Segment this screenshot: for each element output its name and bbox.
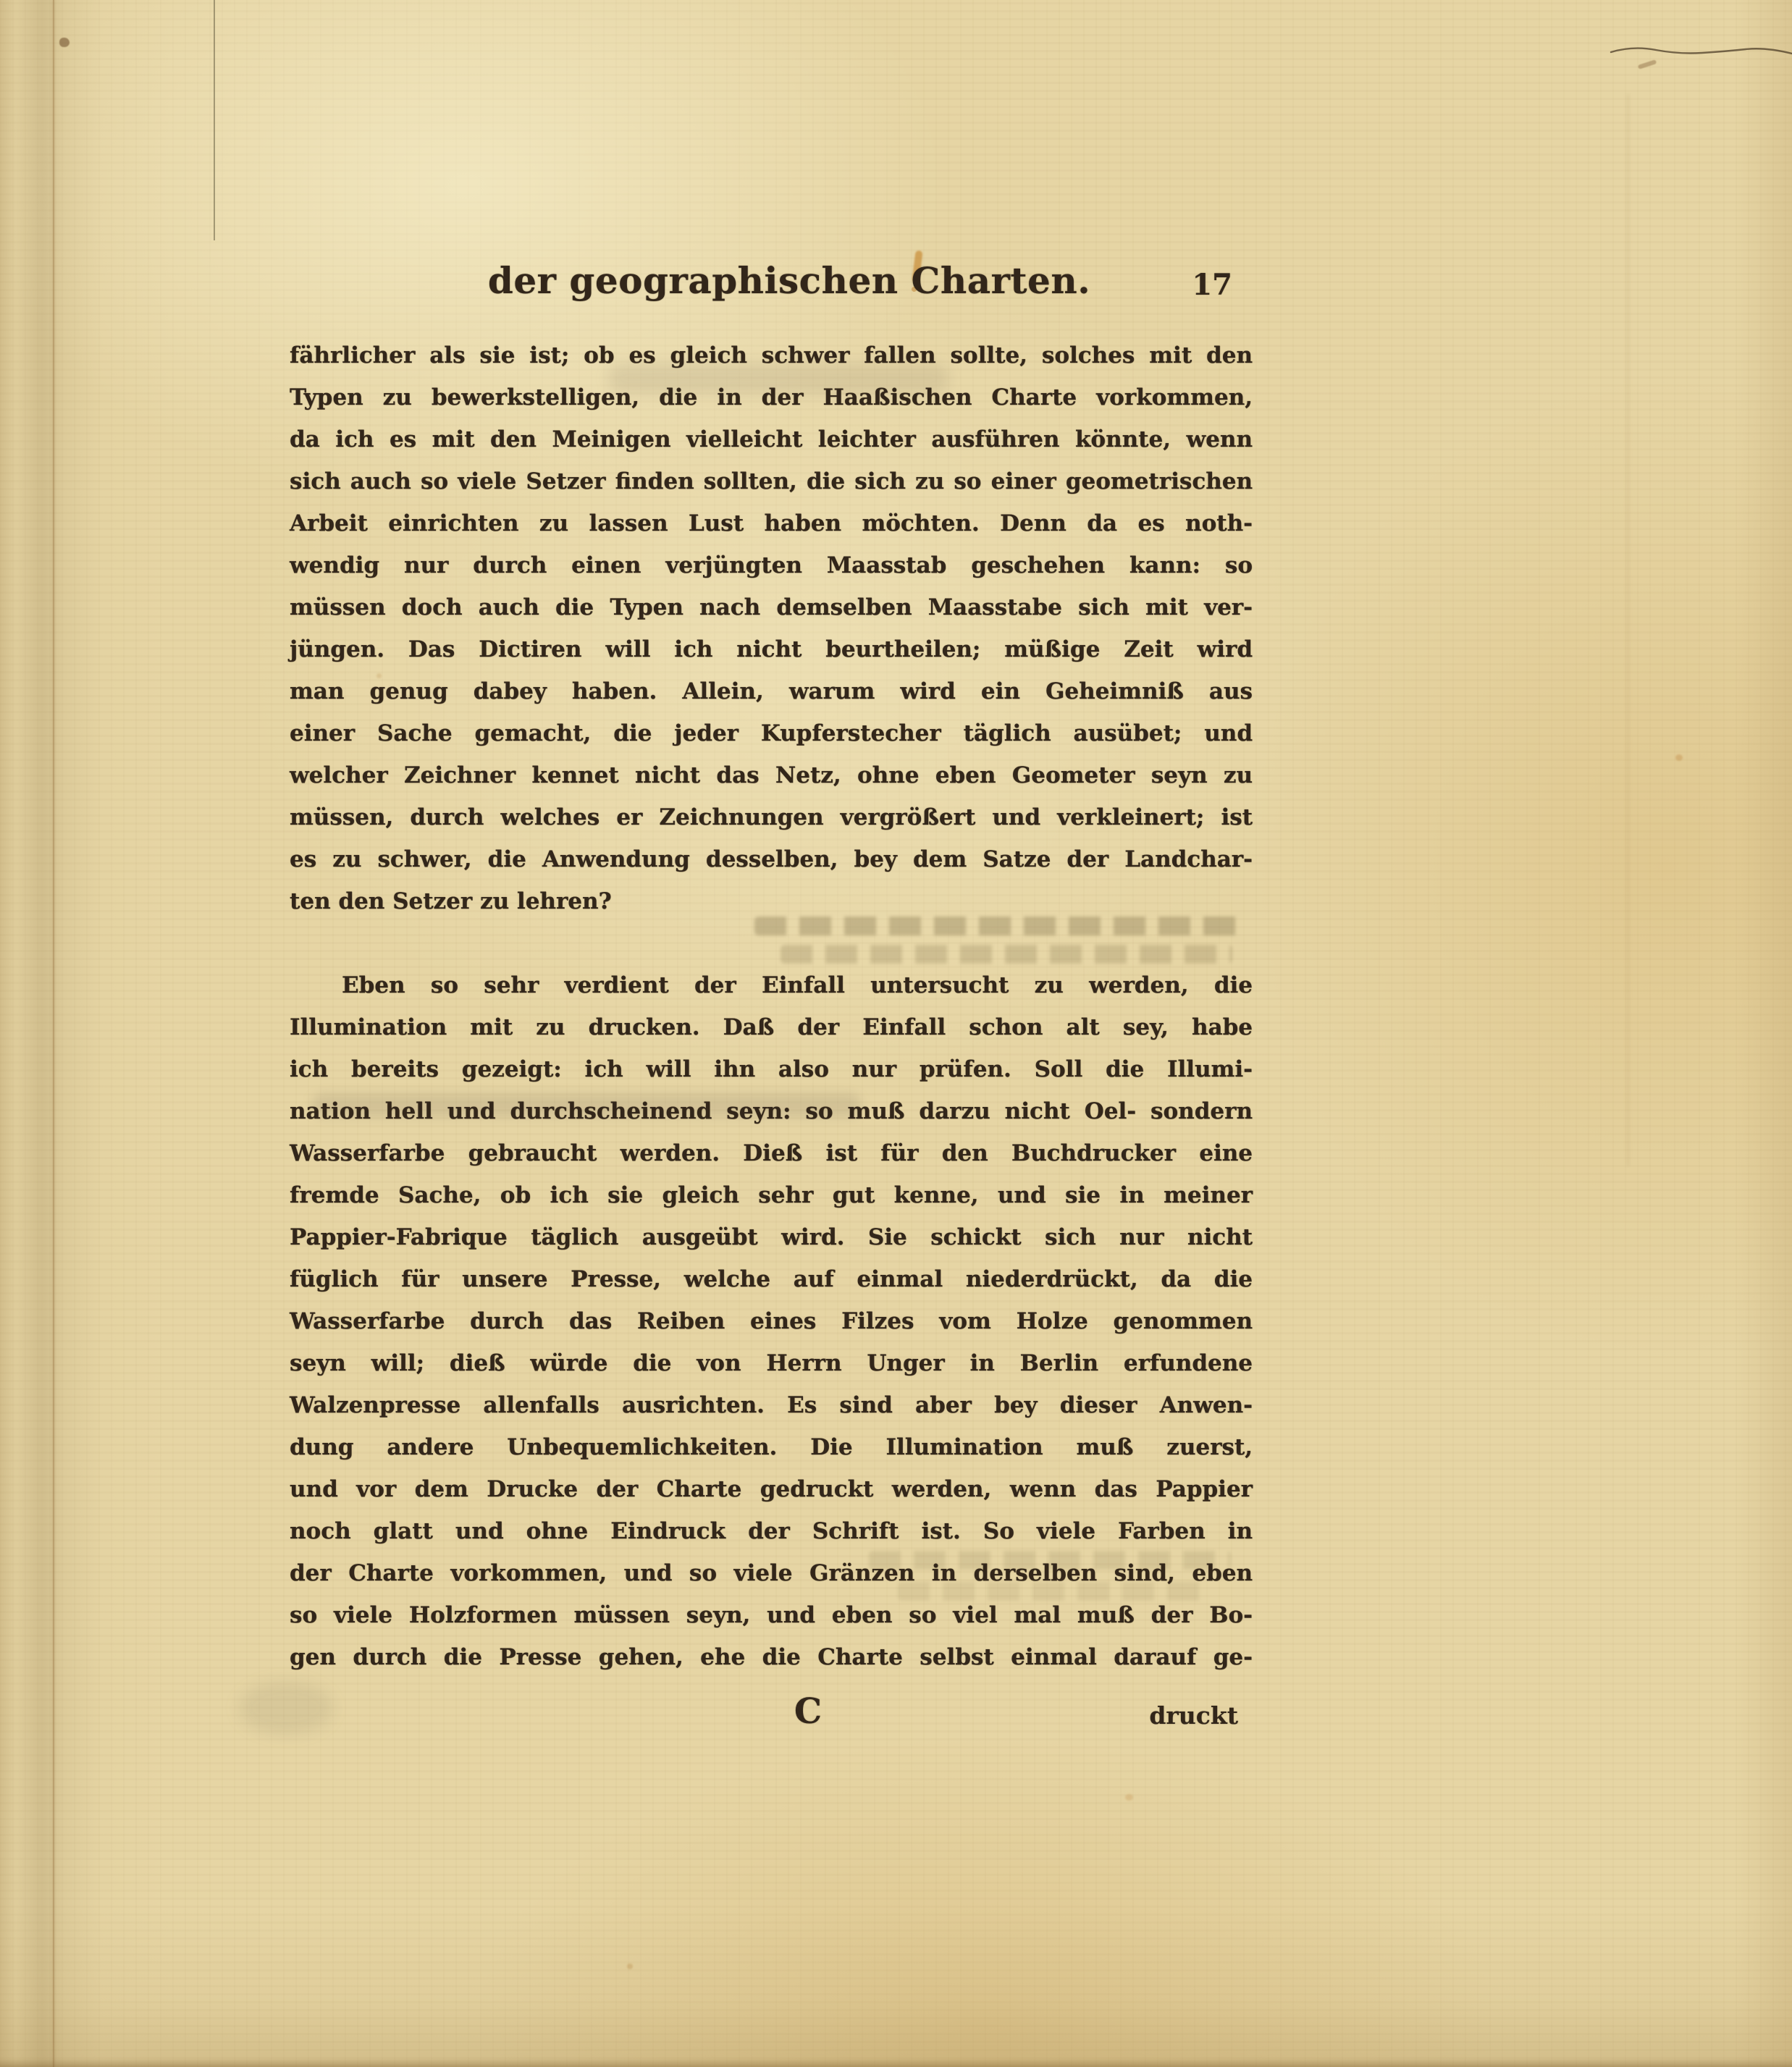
paragraph-2: Eben so sehr verdient der Einfall unters… [290, 964, 1253, 1678]
vertical-hairline-scratch [214, 0, 215, 240]
text-line: nation hell und durchscheinend seyn: so … [290, 1090, 1253, 1132]
catchword: druckt [1149, 1701, 1238, 1730]
running-head: der geographischen Charten. 17 [290, 259, 1253, 311]
text-line: gen durch die Presse gehen, ehe die Char… [290, 1636, 1253, 1678]
text-line: fremde Sache, ob ich sie gleich sehr gut… [290, 1174, 1253, 1216]
text-line: man genug dabey haben. Allein, warum wir… [290, 670, 1253, 712]
text-line: welcher Zeichner kennet nicht das Netz, … [290, 754, 1253, 796]
text-line: müssen, durch welches er Zeichnungen ver… [290, 796, 1253, 838]
paragraph-1: fährlicher als sie ist; ob es gleich sch… [290, 334, 1253, 922]
text-line: Wasserfarbe durch das Reiben eines Filze… [290, 1300, 1253, 1342]
text-line: seyn will; dieß würde die von Herrn Unge… [290, 1342, 1253, 1384]
text-line: füglich für unsere Presse, welche auf ei… [290, 1258, 1253, 1300]
fox-spot [1675, 754, 1683, 761]
ink-spot [59, 38, 70, 47]
paper-crack [1578, 29, 1792, 80]
text-line: noch glatt und ohne Eindruck der Schrift… [290, 1510, 1253, 1552]
page-number: 17 [1192, 268, 1232, 302]
text-line: einer Sache gemacht, die jeder Kupferste… [290, 712, 1253, 754]
page-bottom-shadow [0, 2058, 1792, 2067]
show-through-text [781, 945, 1232, 964]
text-line: Pappier-Fabrique täglich ausgeübt wird. … [290, 1216, 1253, 1258]
text-line: Arbeit einrichten zu lassen Lust haben m… [290, 502, 1253, 544]
text-line: Illumination mit zu drucken. Daß der Ein… [290, 1006, 1253, 1048]
fox-spot [1125, 1794, 1133, 1801]
text-line: dung andere Unbequemlichkeiten. Die Illu… [290, 1426, 1253, 1468]
text-line: der Charte vorkommen, und so viele Gränz… [290, 1552, 1253, 1594]
fox-spot [627, 1963, 633, 1969]
scanned-book-page: der geographischen Charten. 17 fährliche… [0, 0, 1792, 2067]
text-line: da ich es mit den Meinigen vielleicht le… [290, 418, 1253, 460]
text-line: sich auch so viele Setzer finden sollten… [290, 460, 1253, 502]
text-line: ten den Setzer zu lehren? [290, 880, 1253, 922]
text-line: wendig nur durch einen verjüngten Maasst… [290, 544, 1253, 586]
text-line: und vor dem Drucke der Charte gedruckt w… [290, 1468, 1253, 1510]
page-footer: C druckt [290, 1691, 1253, 1749]
text-line: Walzenpresse allenfalls ausrichten. Es s… [290, 1384, 1253, 1426]
right-crease [1627, 94, 1629, 1166]
brown-fleck [1638, 59, 1657, 70]
text-line: Eben so sehr verdient der Einfall unters… [290, 964, 1253, 1006]
text-line: jüngen. Das Dictiren will ich nicht beur… [290, 628, 1253, 670]
text-line: Wasserfarbe gebraucht werden. Dieß ist f… [290, 1132, 1253, 1174]
text-line: ich bereits gezeigt: ich will ihn also n… [290, 1048, 1253, 1090]
text-line: so viele Holzformen müssen seyn, und ebe… [290, 1594, 1253, 1636]
text-line: müssen doch auch die Typen nach demselbe… [290, 586, 1253, 628]
left-fold-crease [53, 0, 54, 2067]
chapter-running-title: der geographischen Charten. [308, 259, 1271, 302]
signature-mark: C [794, 1691, 822, 1732]
text-line: es zu schwer, die Anwendung desselben, b… [290, 838, 1253, 880]
text-line: Typen zu bewerkstelligen, die in der Haa… [290, 376, 1253, 418]
text-line: fährlicher als sie ist; ob es gleich sch… [290, 334, 1253, 376]
